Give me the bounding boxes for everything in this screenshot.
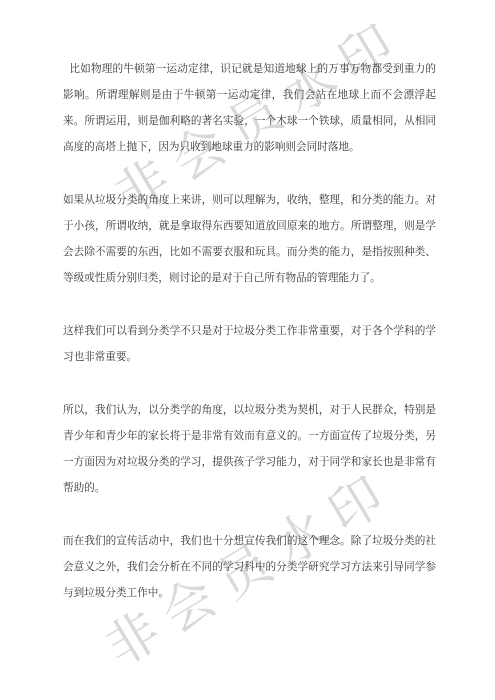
paragraph-4: 所以，我们认为，以分类学的角度，以垃圾分类为契机，对于人民群众，特别是青少年和青… bbox=[63, 398, 436, 502]
document-page: 非会员水印 非会员水印 比如物理的牛顿第一运动定律，识记就是知道地球上的万事万物… bbox=[0, 0, 495, 700]
paragraph-1: 比如物理的牛顿第一运动定律，识记就是知道地球上的万事万物都受到重力的影响。所谓理… bbox=[63, 57, 436, 161]
paragraph-3: 这样我们可以看到分类学不只是对于垃圾分类工作非常重要，对于各个学科的学习也非常重… bbox=[63, 319, 436, 371]
paragraph-2: 如果从垃圾分类的角度上来讲，则可以理解为，收纳，整理，和分类的能力。对于小孩，所… bbox=[63, 188, 436, 292]
document-body: 比如物理的牛顿第一运动定律，识记就是知道地球上的万事万物都受到重力的影响。所谓理… bbox=[63, 57, 436, 634]
paragraph-5: 而在我们的宣传活动中，我们也十分想宣传我们的这个理念。除了垃圾分类的社会意义之外… bbox=[63, 529, 436, 607]
